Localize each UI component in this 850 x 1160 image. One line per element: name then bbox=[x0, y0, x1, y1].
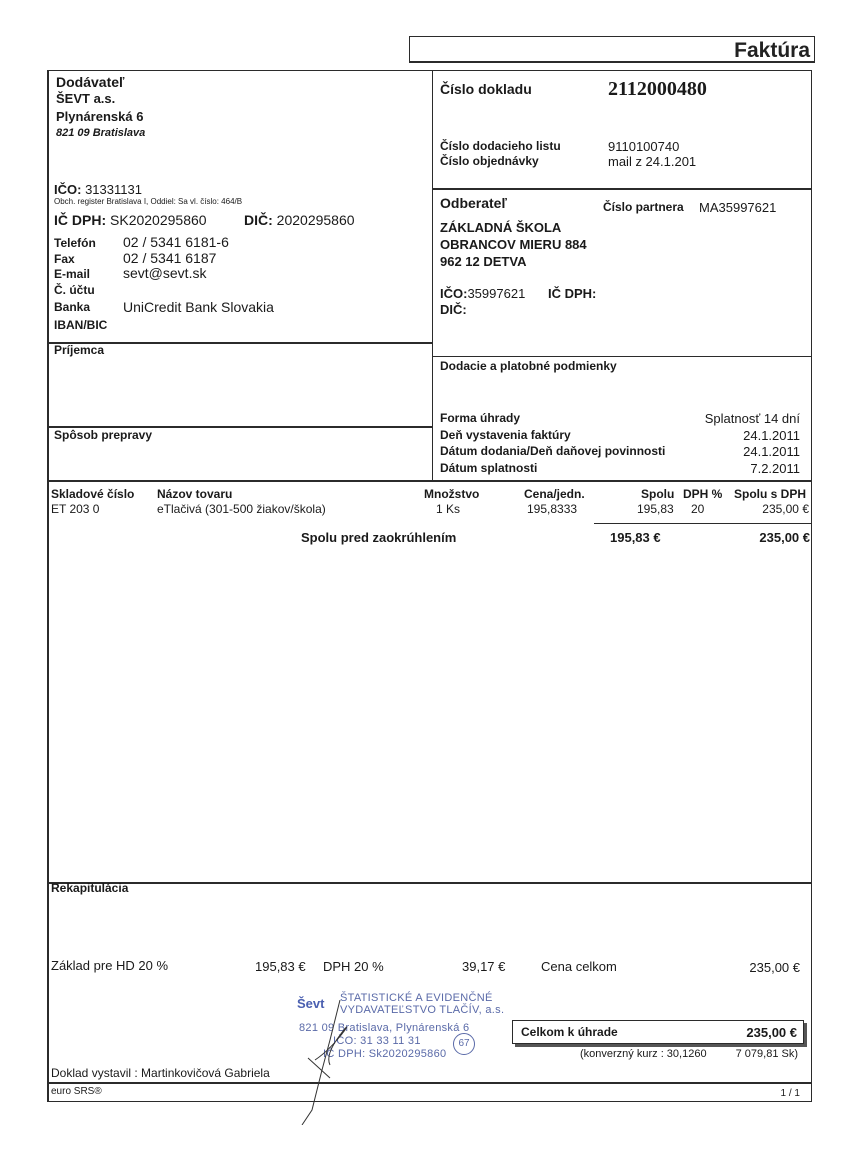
issue-date-label: Deň vystavenia faktúry bbox=[440, 427, 665, 444]
terms-labels: Forma úhrady Deň vystavenia faktúry Dátu… bbox=[440, 410, 665, 476]
conversion-value: 7 079,81 Sk) bbox=[736, 1048, 798, 1060]
issued-by-name: Martinkovičová Gabriela bbox=[141, 1066, 270, 1080]
customer-dic: DIČ: bbox=[440, 302, 467, 317]
document-title: Faktúra bbox=[734, 39, 810, 63]
item-total-vat: 235,00 € bbox=[762, 502, 809, 516]
divider bbox=[47, 882, 812, 884]
issue-date-value: 24.1.2011 bbox=[705, 428, 800, 445]
label: IČ DPH: bbox=[548, 286, 596, 301]
iban-label: IBAN/BIC bbox=[54, 318, 107, 334]
software-label: euro SRS® bbox=[51, 1086, 102, 1097]
item-sku: ET 203 0 bbox=[51, 502, 99, 516]
customer-name: ZÁKLADNÁ ŠKOLA bbox=[440, 219, 587, 236]
customer-address: ZÁKLADNÁ ŠKOLA OBRANCOV MIERU 884 962 12… bbox=[440, 219, 587, 270]
divider bbox=[432, 70, 433, 480]
divider bbox=[432, 188, 812, 190]
supplier-ic-dph: IČ DPH: SK2020295860 bbox=[54, 212, 207, 228]
col-unit-price: Cena/jedn. bbox=[524, 487, 585, 501]
recap-vat-label: DPH 20 % bbox=[323, 959, 384, 974]
supplier-street: Plynárenská 6 bbox=[56, 109, 145, 124]
recap-total-label: Cena celkom bbox=[541, 959, 617, 974]
doc-number-label: Číslo dokladu bbox=[440, 81, 532, 97]
col-total: Spolu bbox=[641, 487, 674, 501]
page-number: 1 / 1 bbox=[781, 1088, 800, 1099]
value: 31331131 bbox=[85, 182, 142, 197]
divider bbox=[47, 1082, 812, 1084]
due-date-label: Dátum splatnosti bbox=[440, 460, 665, 477]
doc-info-values: 9110100740 mail z 24.1.201 bbox=[608, 139, 696, 169]
item-qty: 1 Ks bbox=[436, 502, 460, 516]
label: IČO: bbox=[440, 286, 467, 301]
divider bbox=[594, 523, 812, 524]
item-unit-price: 195,8333 bbox=[527, 502, 577, 516]
bank-label: Banka bbox=[54, 300, 107, 316]
delivery-date-value: 24.1.2011 bbox=[705, 444, 800, 461]
conversion-rate: (konverzný kurz : 30,1260 bbox=[580, 1048, 707, 1060]
customer-ico: IČO:35997621 bbox=[440, 286, 525, 301]
doc-number: 2112000480 bbox=[608, 78, 707, 101]
account-value bbox=[123, 282, 274, 298]
total-due-value: 235,00 € bbox=[746, 1025, 797, 1040]
recap-base-label: Základ pre HD 20 % bbox=[51, 958, 168, 973]
transport-label: Spôsob prepravy bbox=[54, 428, 152, 442]
terms-label: Dodacie a platobné podmienky bbox=[440, 359, 617, 373]
supplier-contact-values: 02 / 5341 6181-6 02 / 5341 6187 sevt@sev… bbox=[123, 235, 274, 316]
label: IČ DPH: bbox=[54, 212, 106, 228]
supplier-ico: IČO: 31331131 bbox=[54, 182, 142, 197]
item-total: 195,83 bbox=[637, 502, 674, 516]
col-vat-pct: DPH % bbox=[683, 487, 722, 501]
value: 2020295860 bbox=[277, 212, 355, 228]
issued-by-label: Doklad vystavil : bbox=[51, 1066, 138, 1080]
supplier-block: Dodávateľ ŠEVT a.s. Plynárenská 6 821 09… bbox=[56, 74, 145, 139]
subtotal-vat-value: 235,00 € bbox=[759, 530, 810, 545]
customer-label: Odberateľ bbox=[440, 195, 507, 211]
partner-value: MA35997621 bbox=[699, 200, 776, 215]
divider bbox=[47, 480, 812, 482]
order-value: mail z 24.1.201 bbox=[608, 154, 696, 169]
table-row: ET 203 0 eTlačivá (301-500 žiakov/škola)… bbox=[51, 502, 811, 518]
payment-method-value: Splatnosť 14 dní bbox=[705, 411, 800, 428]
supplier-city: 821 09 Bratislava bbox=[56, 127, 145, 139]
partner-label: Číslo partnera bbox=[603, 200, 684, 214]
delivery-note-value: 9110100740 bbox=[608, 139, 696, 154]
stamp-number: 67 bbox=[453, 1033, 475, 1055]
email-value: sevt@sevt.sk bbox=[123, 266, 274, 282]
recap-total-value: 235,00 € bbox=[749, 960, 800, 975]
fax-value: 02 / 5341 6187 bbox=[123, 251, 274, 267]
delivery-note-label: Číslo dodacieho listu bbox=[440, 139, 561, 154]
phone-label: Telefón bbox=[54, 236, 107, 252]
bank-value: UniCredit Bank Slovakia bbox=[123, 300, 274, 316]
delivery-date-label: Dátum dodania/Deň daňovej povinnosti bbox=[440, 443, 665, 460]
col-total-vat: Spolu s DPH bbox=[734, 487, 806, 501]
supplier-register-note: Obch. register Bratislava I, Oddiel: Sa … bbox=[54, 197, 242, 206]
customer-ic-dph: IČ DPH: bbox=[548, 286, 596, 301]
total-due-label: Celkom k úhrade bbox=[521, 1025, 618, 1039]
label: DIČ: bbox=[244, 212, 273, 228]
item-name: eTlačivá (301-500 žiakov/škola) bbox=[157, 502, 326, 516]
signature-mark bbox=[300, 1000, 380, 1125]
phone-value: 02 / 5341 6181-6 bbox=[123, 235, 274, 251]
divider bbox=[47, 342, 432, 344]
doc-info-labels: Číslo dodacieho listu Číslo objednávky bbox=[440, 139, 561, 169]
order-label: Číslo objednávky bbox=[440, 154, 561, 169]
account-label: Č. účtu bbox=[54, 283, 107, 299]
col-name: Názov tovaru bbox=[157, 487, 232, 501]
fax-label: Fax bbox=[54, 252, 107, 268]
customer-street: OBRANCOV MIERU 884 bbox=[440, 236, 587, 253]
customer-city: 962 12 DETVA bbox=[440, 253, 587, 270]
recipient-label: Príjemca bbox=[54, 343, 104, 357]
item-vat-pct: 20 bbox=[691, 502, 704, 516]
supplier-label: Dodávateľ bbox=[56, 74, 145, 90]
value: SK2020295860 bbox=[110, 212, 207, 228]
issued-by: Doklad vystavil : Martinkovičová Gabriel… bbox=[51, 1066, 270, 1080]
supplier-dic: DIČ: 2020295860 bbox=[244, 212, 355, 228]
document-title-box: Faktúra bbox=[409, 36, 815, 63]
total-due-box: Celkom k úhrade 235,00 € bbox=[512, 1020, 804, 1044]
col-qty: Množstvo bbox=[424, 487, 479, 501]
recap-vat-value: 39,17 € bbox=[462, 959, 505, 974]
email-label: E-mail bbox=[54, 267, 107, 283]
col-sku: Skladové číslo bbox=[51, 487, 134, 501]
label: IČO: bbox=[54, 182, 81, 197]
label: DIČ: bbox=[440, 302, 467, 317]
supplier-contact-labels: Telefón Fax E-mail Č. účtu Banka IBAN/BI… bbox=[54, 236, 107, 333]
value: 35997621 bbox=[467, 286, 525, 301]
subtotal-label: Spolu pred zaokrúhlením bbox=[301, 530, 456, 545]
supplier-name: ŠEVT a.s. bbox=[56, 91, 145, 106]
terms-values: Splatnosť 14 dní 24.1.2011 24.1.2011 7.2… bbox=[705, 411, 800, 477]
due-date-value: 7.2.2011 bbox=[705, 461, 800, 478]
payment-method-label: Forma úhrady bbox=[440, 410, 665, 427]
divider bbox=[432, 356, 812, 357]
recap-base-value: 195,83 € bbox=[255, 959, 306, 974]
recap-label: Rekapitulácia bbox=[51, 881, 128, 895]
subtotal-value: 195,83 € bbox=[610, 530, 661, 545]
